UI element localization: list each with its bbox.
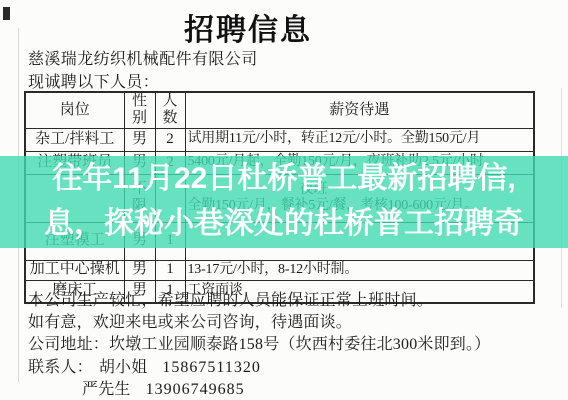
- company-name: 慈溪瑞龙纺织机械配件有限公司: [28, 46, 258, 69]
- table-header-row: 岗位 性别 人数 薪资待遇: [25, 92, 534, 128]
- footer-notes: 本公司生产较忙，希望应聘的人员能保证正常上班时间。 如有意，欢迎来电或来公司咨询…: [28, 290, 490, 400]
- contact-row-2: 严先生13906749685: [28, 379, 490, 400]
- header-gender: 性别: [124, 92, 155, 128]
- contact-label: 联系人：: [28, 359, 93, 376]
- contact-row-1: 联系人：胡小姐15867511320: [28, 357, 490, 379]
- header-salary: 薪资待遇: [185, 92, 534, 128]
- contact-name: 胡小姐: [99, 359, 148, 376]
- page-title: 招聘信息: [0, 5, 496, 49]
- header-count: 人数: [155, 92, 185, 128]
- recruitment-flyer-page: 招聘信息 慈溪瑞龙纺织机械配件有限公司 现诚聘以下人员： 岗位 性别 人数 薪资…: [0, 0, 568, 400]
- contact-phone: 13906749685: [146, 381, 245, 398]
- note-contact-welcome: 如有意，欢迎来电或来公司咨询，待遇面谈。: [28, 312, 490, 334]
- contact-name: 严先生: [82, 381, 131, 398]
- count-cell: 2: [155, 128, 185, 151]
- table-row: 杂工/拌料工 男 2 试用期11元/小时，转正12元/小时。全勤150元/月: [25, 128, 534, 151]
- company-address: 公司地址：坎墩工业园顺泰路158号（坎西村委往北300米即到。）: [28, 334, 490, 356]
- overlay-title-banner: 往年11月22日杜桥普工最新招聘信, 息，探秘小巷深处的杜桥普工招聘奇: [0, 156, 568, 248]
- count-cell: 1: [155, 260, 185, 280]
- salary-cell: 13-17元/小时，8-12小时制。: [185, 260, 534, 280]
- position-cell: 加工中心操机: [25, 260, 124, 280]
- gender-cell: 男: [124, 128, 155, 151]
- overlay-title-line-2: 息，探秘小巷深处的杜桥普工招聘奇: [44, 201, 524, 246]
- position-cell: 杂工/拌料工: [25, 128, 124, 151]
- overlay-title-line-1: 往年11月22日杜桥普工最新招聘信,: [52, 156, 515, 201]
- header-position: 岗位: [25, 92, 124, 128]
- gender-cell: 男: [124, 260, 155, 280]
- note-busy-production: 本公司生产较忙，希望应聘的人员能保证正常上班时间。: [28, 290, 490, 312]
- contact-phone: 15867511320: [162, 359, 260, 376]
- table-row: 加工中心操机 男 1 13-17元/小时，8-12小时制。: [25, 260, 534, 280]
- intro-line: 现诚聘以下人员：: [28, 69, 159, 92]
- salary-cell: 试用期11元/小时，转正12元/小时。全勤150元/月: [185, 128, 534, 151]
